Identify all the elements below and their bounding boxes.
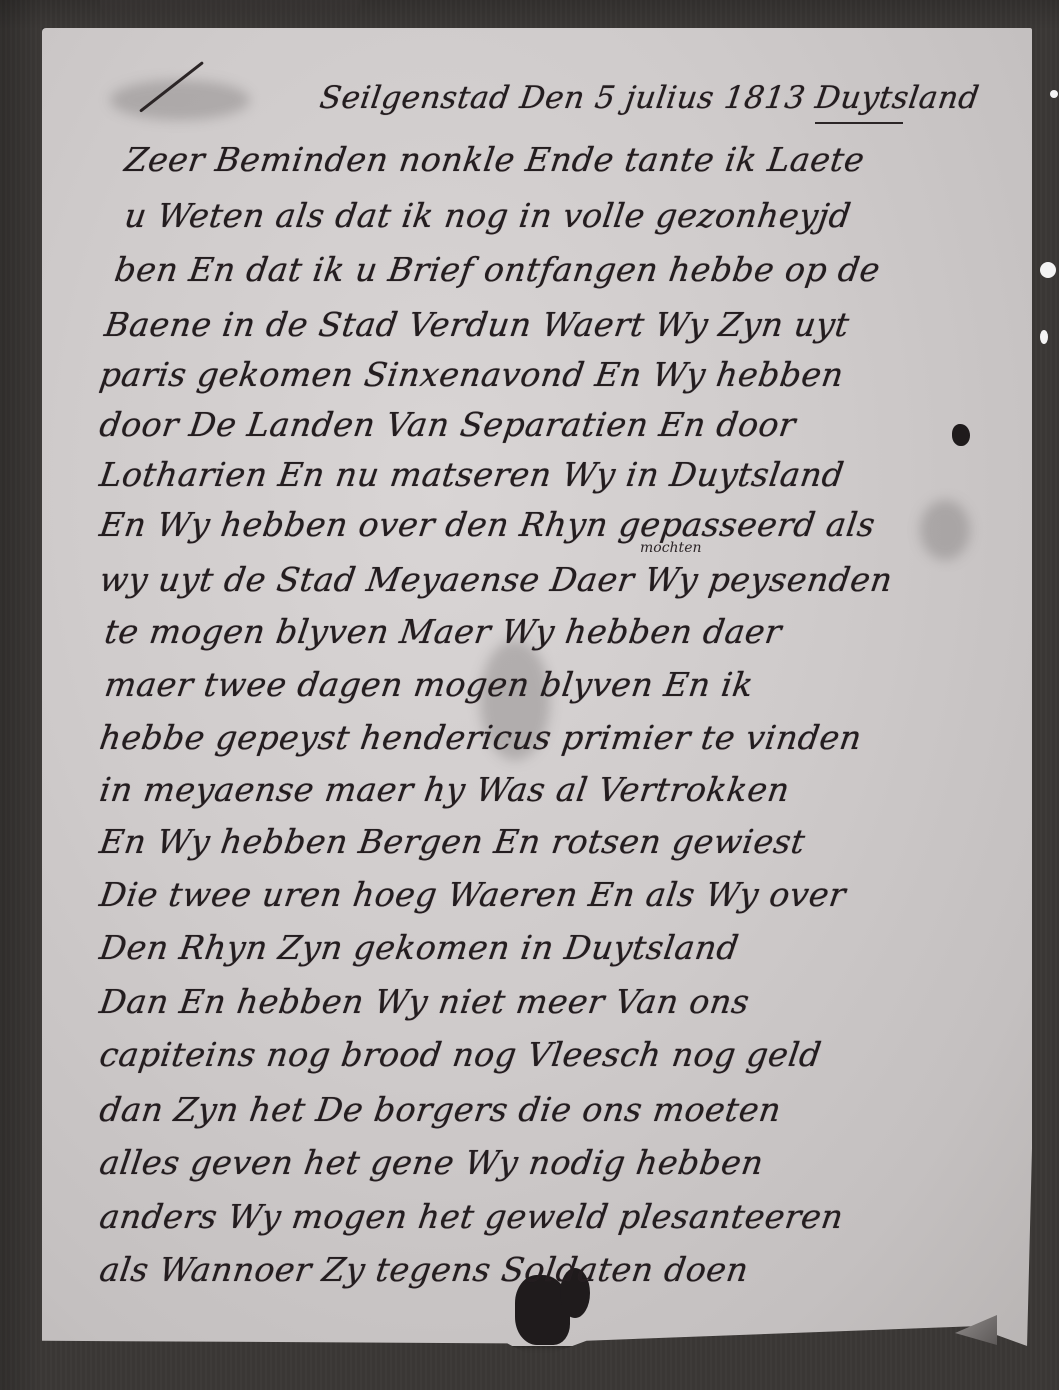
letter-line-20: alles geven het gene Wy nodig hebben	[97, 1143, 766, 1182]
letter-line-6: door De Landen Van Separatien En door	[97, 405, 798, 444]
letter-line-11: maer twee dagen mogen blyven En ik	[102, 665, 756, 704]
letter-body: Seilgenstad Den 5 julius 1813 Duytsland …	[0, 0, 1059, 1390]
letter-line-18: capiteins nog brood nog Vleesch nog geld	[97, 1035, 824, 1074]
letter-line-14: En Wy hebben Bergen En rotsen gewiest	[97, 822, 808, 861]
letter-line-15: Die twee uren hoeg Waeren En als Wy over	[97, 875, 848, 914]
date-underline	[815, 122, 903, 124]
letter-line-5: paris gekomen Sinxenavond En Wy hebben	[97, 355, 846, 394]
letter-line-22: als Wannoer Zy tegens Soldaten doen	[97, 1250, 751, 1289]
letter-line-19: dan Zyn het De borgers die ons moeten	[97, 1090, 783, 1129]
letter-line-8: En Wy hebben over den Rhyn gepasseerd al…	[97, 505, 878, 544]
letter-heading: Seilgenstad Den 5 julius 1813 Duytsland	[317, 80, 981, 116]
page-marker-slash	[139, 61, 204, 113]
letter-line-17: Dan En hebben Wy niet meer Van ons	[97, 982, 752, 1021]
letter-line-4: Baene in de Stad Verdun Waert Wy Zyn uyt	[102, 305, 852, 344]
letter-line-9: wy uyt de Stad Meyaense Daer Wy peysende…	[97, 560, 895, 599]
letter-line-16: Den Rhyn Zyn gekomen in Duytsland	[97, 928, 741, 967]
letter-line-21: anders Wy mogen het geweld plesanteeren	[97, 1197, 846, 1236]
letter-line-2: u Weten als dat ik nog in volle gezonhey…	[122, 196, 853, 235]
letter-line-12: hebbe gepeyst hendericus primier te vind…	[97, 718, 864, 757]
inserted-word: mochten	[640, 540, 702, 556]
letter-line-7: Lotharien En nu matseren Wy in Duytsland	[97, 455, 846, 494]
letter-line-1: Zeer Beminden nonkle Ende tante ik Laete	[122, 140, 867, 179]
letter-line-3: ben En dat ik u Brief ontfangen hebbe op…	[112, 250, 882, 289]
letter-line-13: in meyaense maer hy Was al Vertrokken	[97, 770, 792, 809]
letter-line-10: te mogen blyven Maer Wy hebben daer	[102, 612, 784, 651]
